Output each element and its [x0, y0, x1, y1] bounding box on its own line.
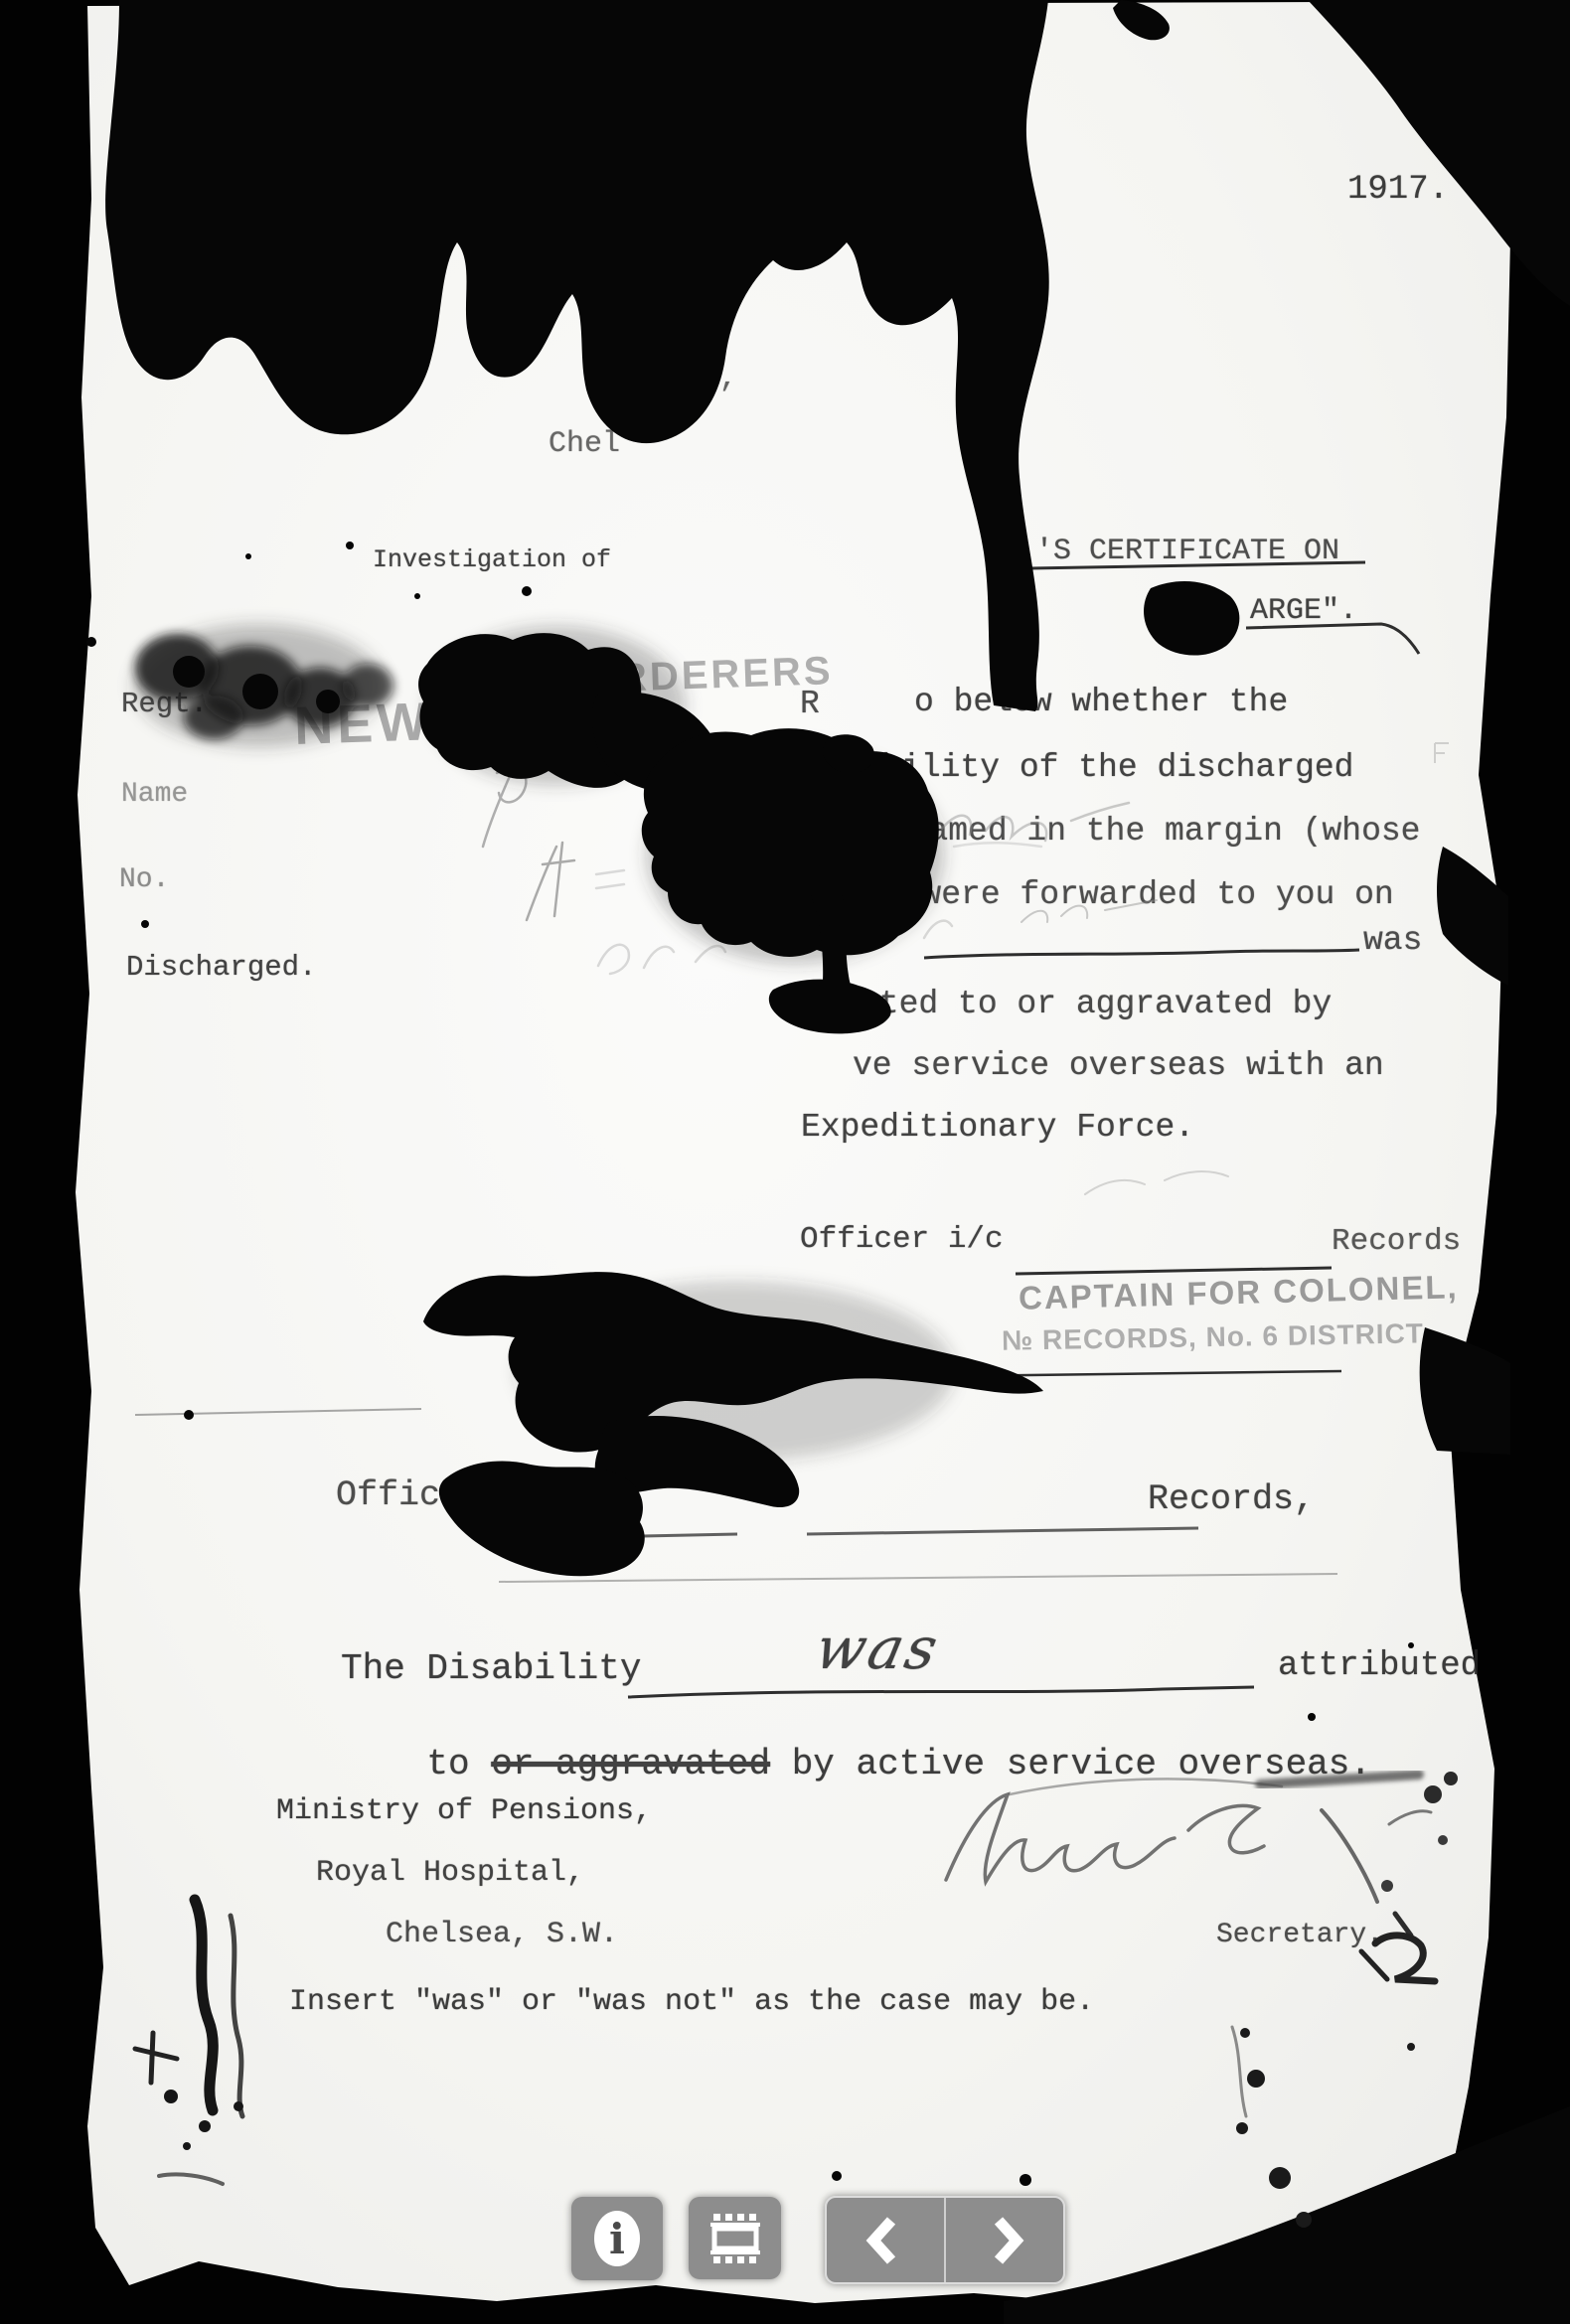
filmstrip-button[interactable] — [689, 2197, 781, 2279]
body-line-5: uted to or aggravated by — [860, 988, 1332, 1020]
ministry-line3: Chelsea, S.W. — [386, 1920, 618, 1949]
name-label: Name — [121, 781, 188, 809]
chevron-right-icon — [980, 2212, 1029, 2269]
regiment-label: Regt. — [121, 690, 208, 718]
disability-suffix: attributed — [1278, 1649, 1481, 1683]
page-navigation — [825, 2196, 1065, 2284]
body-line-2: disability of the discharged — [803, 751, 1354, 784]
body-line-r: R — [800, 688, 820, 720]
discharged-label: Discharged. — [126, 953, 316, 982]
ministry-line2: Royal Hospital, — [316, 1858, 584, 1888]
document-viewer: 1917. al, Chel Investigation of 'S CERTI… — [0, 0, 1570, 2324]
certificate-title-line1: 'S CERTIFICATE ON — [1035, 537, 1339, 566]
address-fragment-hospital: al, — [684, 364, 737, 393]
officer-ic-label: Officer i/c — [800, 1224, 1004, 1255]
body-line-3: r named in the margin (whose — [869, 815, 1421, 848]
info-button[interactable]: i — [571, 2197, 663, 2280]
body-line-was: was — [1363, 924, 1422, 957]
ministry-line1: Ministry of Pensions, — [276, 1796, 652, 1826]
investigation-label: Investigation of — [373, 547, 611, 572]
officer2-records: Records, — [1148, 1482, 1315, 1517]
footnote: Insert "was" or "was not" as the case ma… — [289, 1987, 1094, 2017]
filmstrip-icon — [710, 2212, 760, 2265]
previous-page-button[interactable] — [827, 2198, 944, 2282]
number-label: No. — [119, 866, 169, 894]
disability-line2-rest: by active service overseas. — [770, 1744, 1371, 1784]
body-line-4: ts were forwarded to you on — [863, 878, 1394, 911]
address-fragment-chelsea: Chel — [549, 429, 620, 459]
next-page-button[interactable] — [944, 2198, 1063, 2282]
scanned-document-page — [0, 0, 1570, 2324]
disability-handwritten-was: was — [811, 1620, 945, 1677]
officer2-ic: i/c — [473, 1480, 536, 1515]
body-line-1: o below whether the — [914, 686, 1288, 718]
officer-records-label: Records — [1332, 1226, 1461, 1257]
disability-prefix: The Disability — [341, 1651, 641, 1687]
chevron-left-icon — [861, 2212, 910, 2269]
info-icon: i — [594, 2211, 640, 2266]
officer2-label: Offic — [336, 1478, 440, 1513]
body-line-6: ve service overseas with an — [853, 1049, 1384, 1082]
disability-line2-struck: or aggravated — [491, 1744, 770, 1784]
disability-line2-to: to — [426, 1744, 491, 1784]
secretary-label: Secretary. — [1216, 1922, 1383, 1949]
certificate-title-line2: ARGE". — [1250, 596, 1357, 626]
body-line-7: Expeditionary Force. — [801, 1111, 1194, 1144]
regiment-stamp-line2: NEW ARMY. — [293, 688, 636, 753]
date-fragment: 1917. — [1347, 173, 1449, 207]
